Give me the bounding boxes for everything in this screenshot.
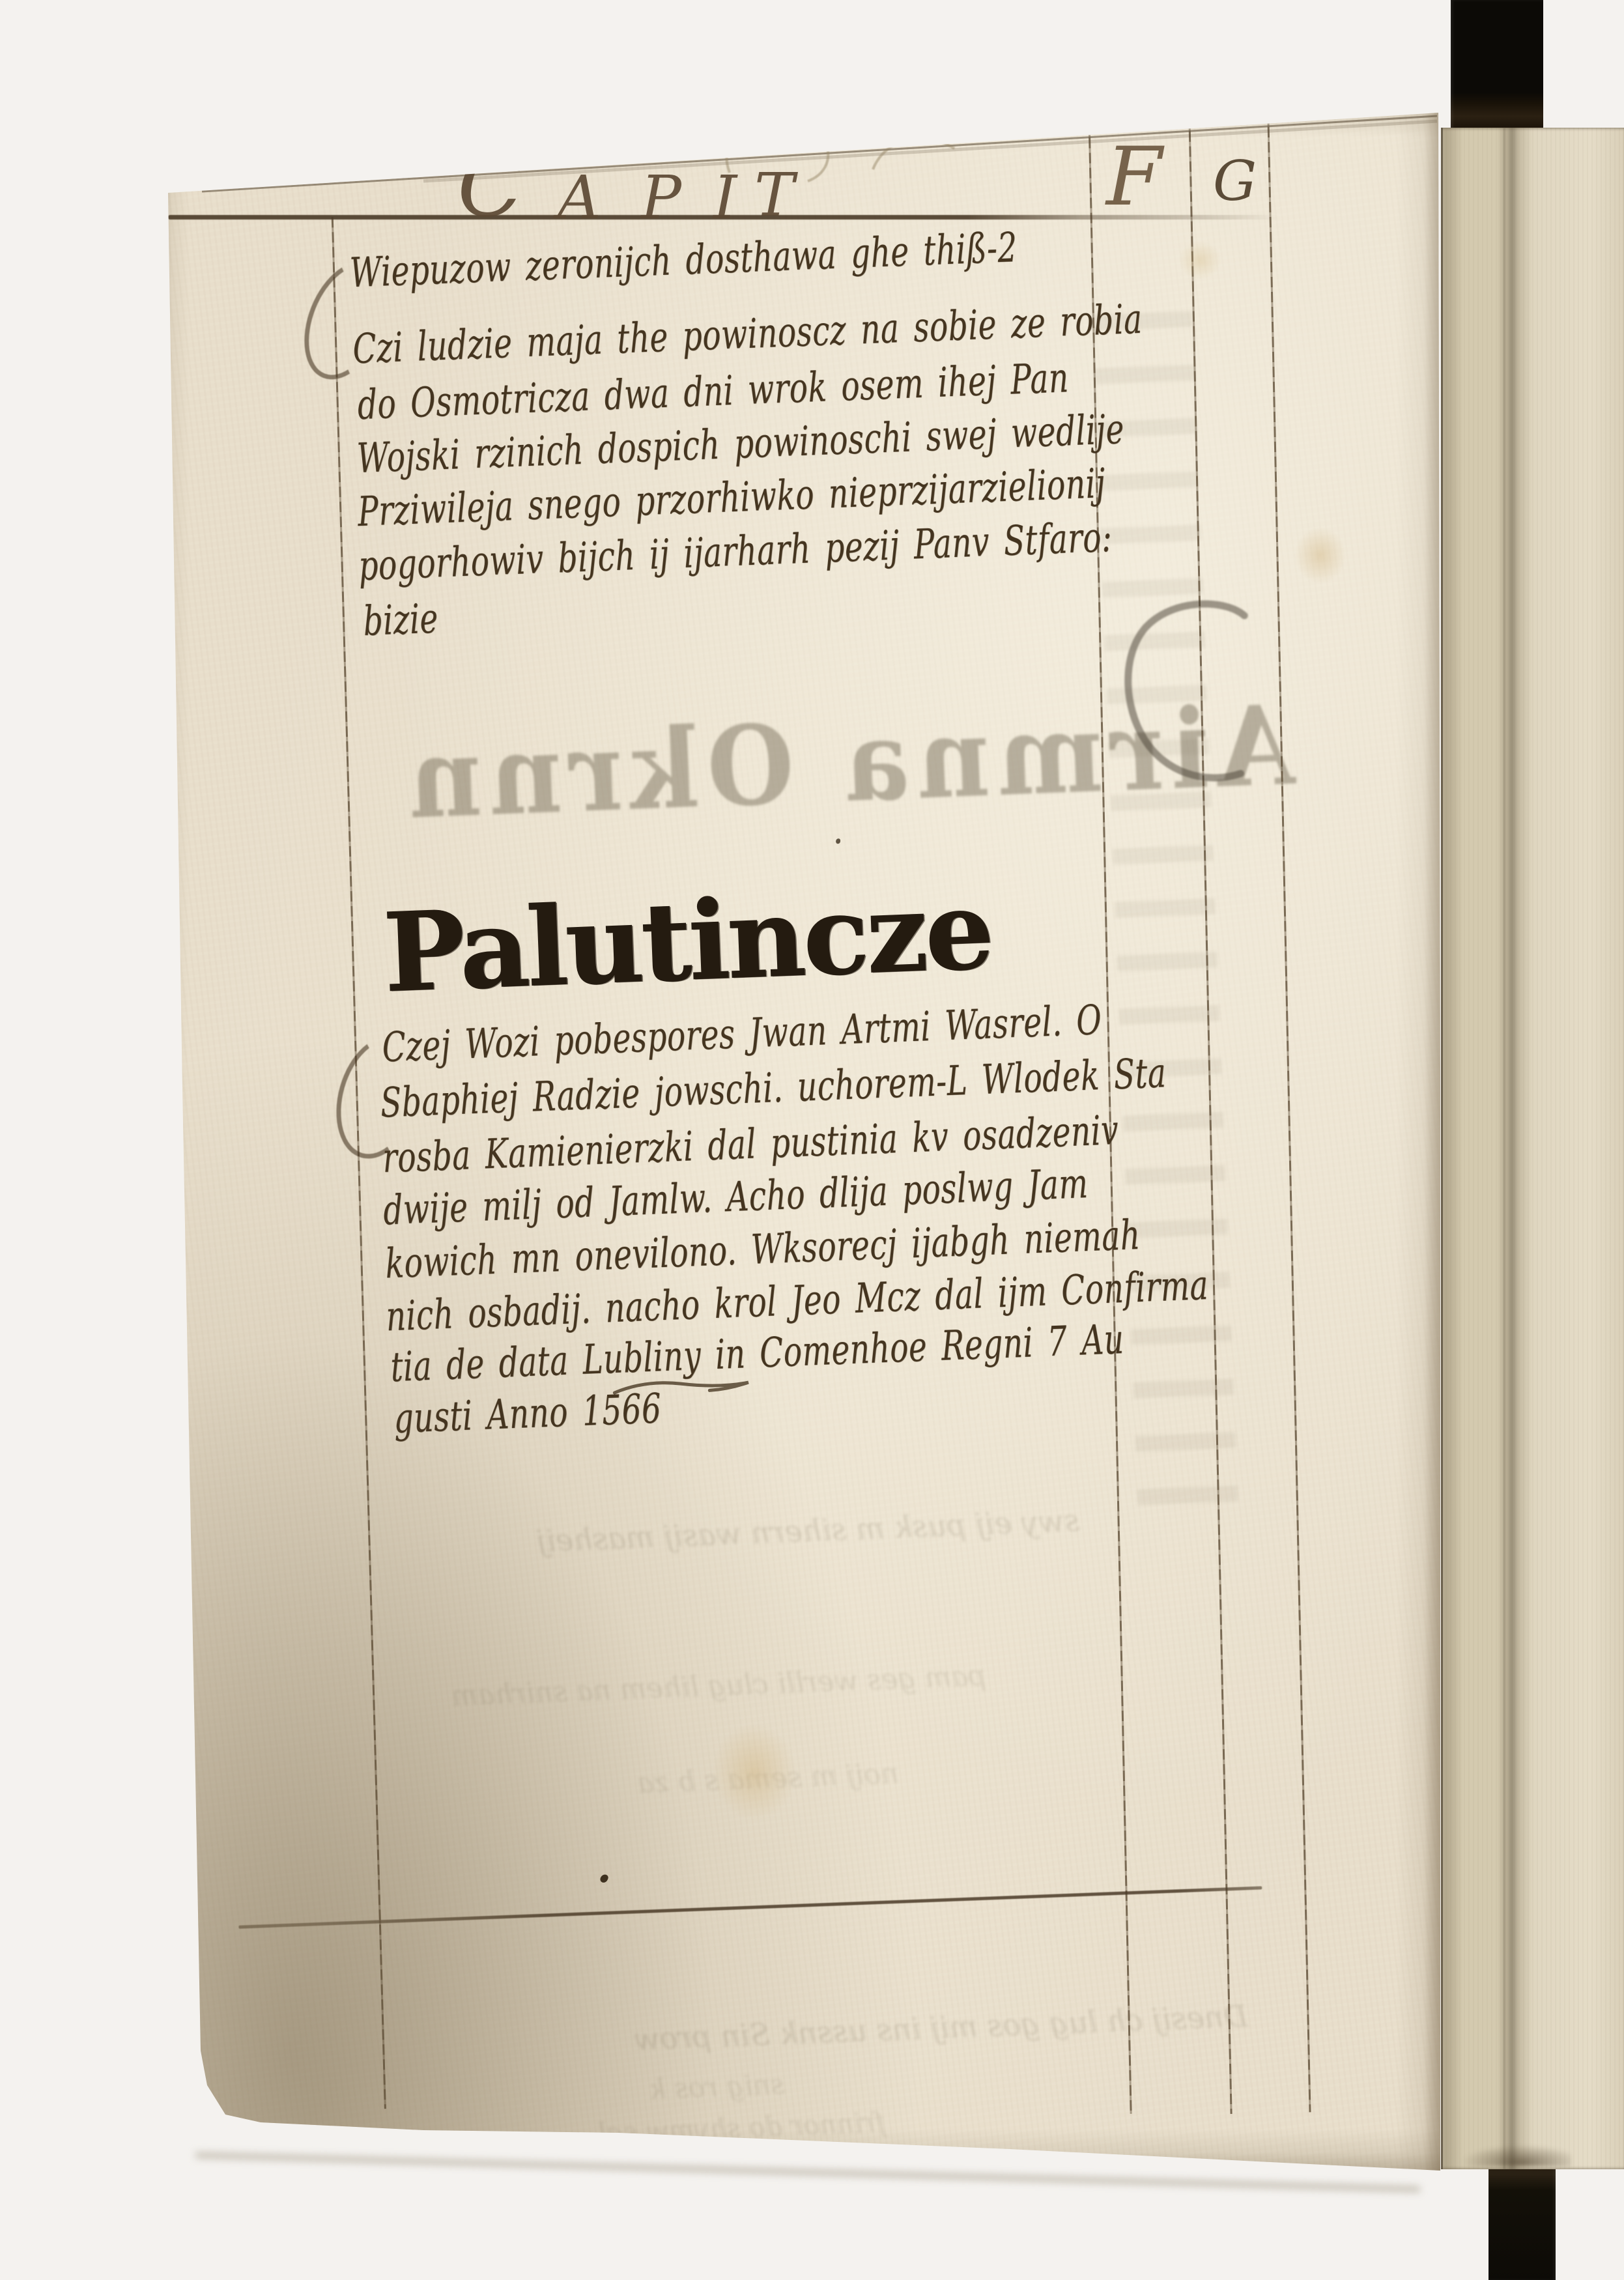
leaf-crease xyxy=(1503,128,1505,2169)
section-heading: Palutincze xyxy=(382,876,993,1008)
show-through-title: Airmna Okrnn xyxy=(399,691,1296,834)
paragraph-2-line: gusti Anno 1566 xyxy=(393,1388,662,1439)
folio-letter-f: F xyxy=(1106,137,1162,218)
bookmark-ribbon-top xyxy=(1451,0,1543,132)
paper-stain xyxy=(1293,526,1347,585)
show-through-line: Dnesij ch lug gos mij ins ussnk Sin prow xyxy=(634,2001,1249,2054)
header-letter: C xyxy=(457,142,524,229)
show-through-line: pam ges werlli clug lihem na snirham xyxy=(451,1662,986,1710)
show-through-line: swy eij pusk m sihern wasij masheij xyxy=(536,1505,1080,1556)
ink-speck xyxy=(599,1873,610,1884)
manuscript-page: Airmna Okrnn swy eij pusk m sihern wasij… xyxy=(163,111,1442,2174)
show-through-line: snig ros k xyxy=(649,2071,785,2103)
scanned-book-photo: Airmna Okrnn swy eij pusk m sihern wasij… xyxy=(0,0,1624,2280)
page-content: Airmna Okrnn swy eij pusk m sihern wasij… xyxy=(157,87,1514,2198)
header-letter: I xyxy=(713,168,737,228)
show-through-line: frinnor do shymw sgl xyxy=(598,2109,885,2147)
paper-stain xyxy=(1178,240,1222,280)
header-letter: P xyxy=(641,168,681,228)
bottom-rule xyxy=(238,1886,1262,1928)
column-rule-3 xyxy=(1267,97,1311,2112)
ribbon-shadow-smudge xyxy=(1460,2145,1571,2167)
header-letter: A xyxy=(558,168,601,228)
ink-speck xyxy=(836,838,840,844)
paper-stain xyxy=(710,1722,799,1823)
paragraph-1-line: bizie xyxy=(362,598,438,642)
header-letter: T xyxy=(754,165,794,225)
folio-letter-g: G xyxy=(1213,154,1257,208)
bookmark-ribbon-bottom xyxy=(1489,2165,1556,2280)
next-leaf-edge xyxy=(1441,128,1624,2169)
paragraph-1-line: Wiepuzow zeronijch dosthawa ghe thiß-2 xyxy=(349,227,1018,293)
